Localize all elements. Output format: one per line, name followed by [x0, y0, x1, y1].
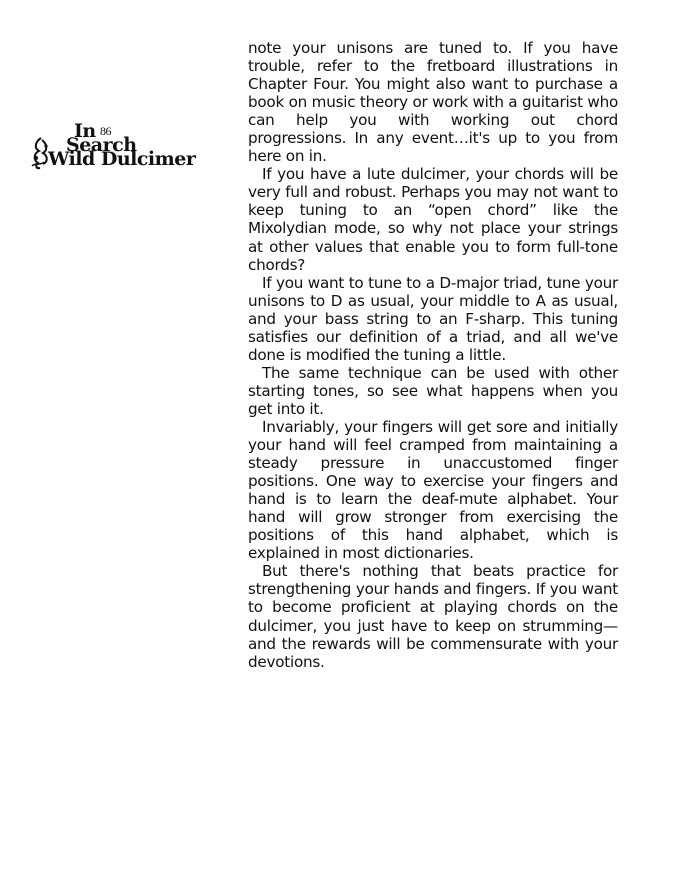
running-head-title-wild-dulcimer: Wild Dulcimer	[48, 148, 195, 170]
paragraph: But there's nothing that beats practice …	[248, 562, 618, 670]
running-head: In 86 Search Wild Dulcimer	[30, 120, 180, 175]
paragraph: The same technique can be used with othe…	[248, 364, 618, 418]
paragraph: note your unisons are tuned to. If you h…	[248, 39, 618, 165]
paragraph: If you want to tune to a D-major triad, …	[248, 274, 618, 364]
paragraph: If you have a lute dulcimer, your chords…	[248, 165, 618, 273]
body-text-column: note your unisons are tuned to. If you h…	[248, 39, 618, 671]
paragraph: Invariably, your fingers will get sore a…	[248, 418, 618, 562]
